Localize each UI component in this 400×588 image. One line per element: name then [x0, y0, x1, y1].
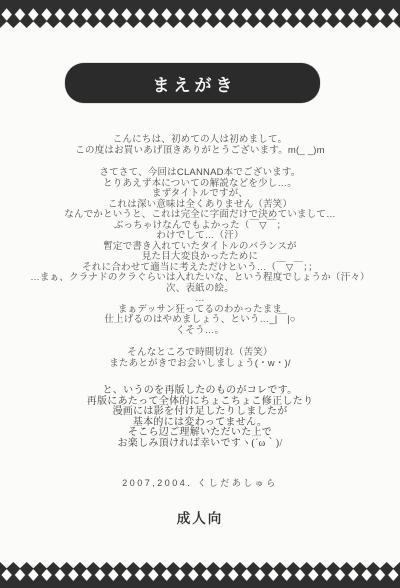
adult-rating-label: 成人向 [0, 507, 400, 527]
text-line: この度はお買いあげ頂きありがとうございます。m(_ _)m [0, 146, 400, 157]
text-line: … [0, 294, 400, 305]
text-line: こんにちは、初めての人は初めまして。 [0, 135, 400, 146]
page-title: まえがき [149, 71, 237, 96]
text-line: 見た目大変良かったために [0, 252, 400, 263]
text-line: さてさて、今回はCLANNAD本でございます。 [0, 168, 400, 179]
bottom-diamond-border-decoration [0, 562, 400, 588]
text-line: まずタイトルですが、 [0, 189, 400, 200]
foreword-body-text: こんにちは、初めての人は初めまして。この度はお買いあげ頂きありがとうございます。… [0, 135, 400, 369]
text-line: そんなところで時間切れ（苦笑） [0, 348, 400, 359]
text-line: と、いうのを再版したのものがコレです。 [0, 386, 400, 397]
text-line: わけでして…（汗） [0, 231, 400, 242]
page-title-box: まえがき [65, 63, 320, 103]
reprint-note-text: と、いうのを再版したのものがコレです。再版にあたって全体的にちょこちょこ修正した… [0, 386, 400, 450]
top-diamond-border-decoration [0, 0, 400, 29]
text-line: なんでかというと、これは完全に字面だけで決めていまして… [0, 210, 400, 221]
text-line: …まぁ、クラナドのクラぐらいは入れたいな、という程度でしょうか（汗々） [0, 273, 400, 284]
text-line: 仕上げるのはやめましょう、という…_|￣|○ [0, 315, 400, 326]
doujinshi-preface-page: まえがき こんにちは、初めての人は初めまして。この度はお買いあげ頂きありがとうご… [0, 0, 400, 588]
text-line: お楽しみ頂ければ幸いですヽ(´ω｀)/ [0, 439, 400, 450]
credit-line: 2007,2004. くしだあしゅら [0, 476, 400, 489]
text-line: またあとがきでお会いしましょう(・w・)/ [0, 359, 400, 370]
text-line: くそう…。 [0, 326, 400, 337]
